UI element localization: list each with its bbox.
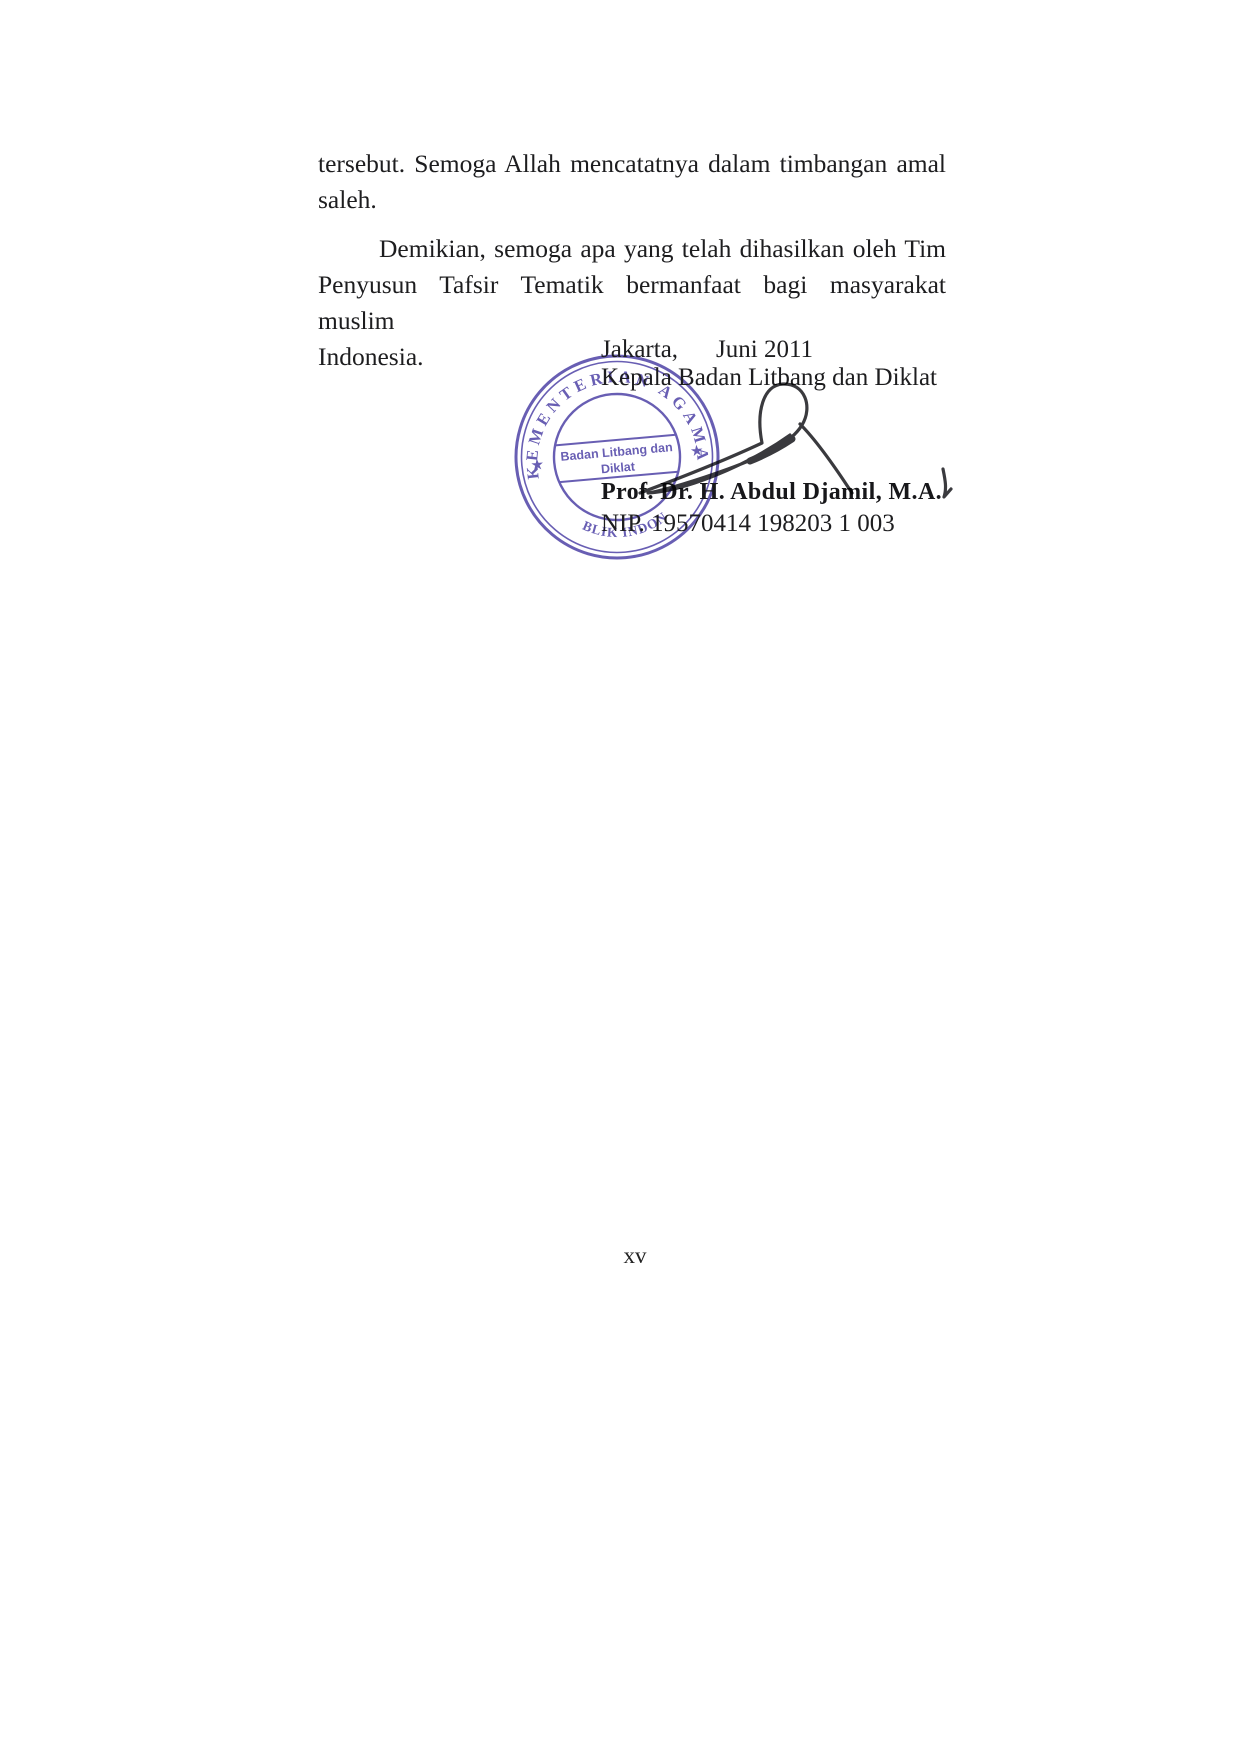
stamp-star-left-icon: ★ — [531, 456, 544, 472]
paragraph-line: Penyusun Tafsir Tematik bermanfaat bagi … — [318, 267, 946, 339]
paragraph-line: tersebut. Semoga Allah mencatatnya dalam… — [318, 146, 946, 182]
signature-main-stroke — [640, 384, 807, 493]
date-label: Juni 2011 — [716, 336, 813, 364]
place-label: Jakarta, — [601, 336, 678, 364]
document-page: tersebut. Semoga Allah mencatatnya dalam… — [0, 0, 1240, 1754]
signature-diagonal-stroke — [800, 424, 852, 493]
signature-scribble-icon — [610, 372, 970, 517]
paragraph-line: Demikian, semoga apa yang telah dihasilk… — [318, 231, 946, 267]
page-number: xv — [560, 1243, 710, 1269]
place-date-line: Jakarta, Juni 2011 — [601, 336, 1021, 364]
signature-ink-pool — [750, 439, 792, 461]
paragraph-line: saleh. — [318, 182, 946, 218]
pen-mark — [943, 469, 951, 497]
paragraph-1: tersebut. Semoga Allah mencatatnya dalam… — [318, 146, 946, 218]
